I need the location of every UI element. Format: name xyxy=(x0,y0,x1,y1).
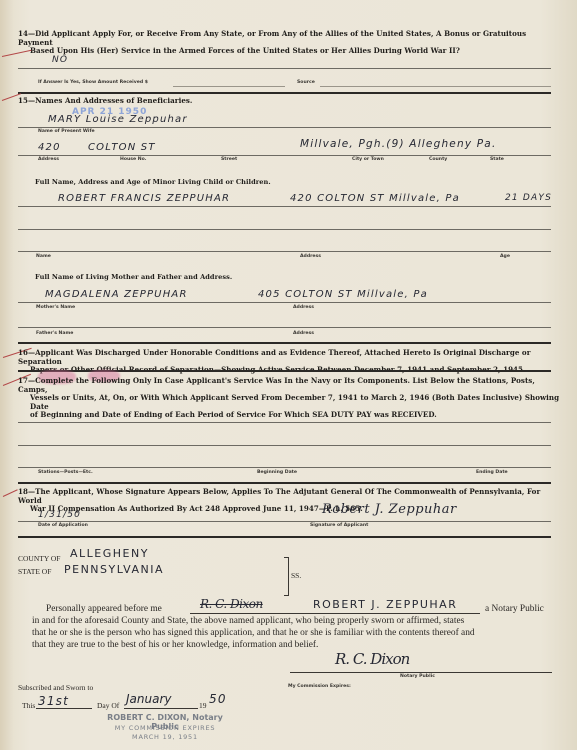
question-14: 14—Did Applicant Apply For, or Receive F… xyxy=(18,30,563,56)
county-value[interactable]: ALLEGHENY xyxy=(70,547,149,560)
day-value[interactable]: 31st xyxy=(38,694,69,708)
child-name-label: Name xyxy=(36,254,51,259)
q14-answer[interactable]: NO xyxy=(52,55,68,65)
notary-public-line xyxy=(290,672,552,673)
date-of-application-label: Date of Application xyxy=(38,523,88,528)
ending-date-column-label: Ending Date xyxy=(476,470,508,475)
father-line xyxy=(18,327,551,328)
mother-name[interactable]: MAGDALENA ZEPPUHAR xyxy=(45,289,188,300)
house-no-label: House No. xyxy=(120,157,146,162)
q17-line1: 17—Complete the Following Only In Case A… xyxy=(18,376,535,394)
state-label: State xyxy=(490,157,504,162)
father-name-label: Father's Name xyxy=(36,331,73,336)
mother-line xyxy=(18,302,551,303)
source-label: Source xyxy=(297,80,315,85)
this-label: This xyxy=(22,700,35,712)
section-divider xyxy=(18,92,551,94)
wife-name[interactable]: MARY Louise Zeppuhar xyxy=(48,114,188,125)
address-label: Address xyxy=(38,157,59,162)
day-of-label: Day Of xyxy=(97,700,119,712)
month-line xyxy=(124,708,198,709)
county-label: COUNTY OF xyxy=(18,553,60,565)
q18-line2: War II Compensation As Authorized By Act… xyxy=(18,505,563,514)
beginning-date-column-label: Beginning Date xyxy=(257,470,297,475)
application-form-page: 14—Did Applicant Apply For, or Receive F… xyxy=(0,0,577,750)
city-label: City or Town xyxy=(352,157,384,162)
child-age-label: Age xyxy=(500,254,510,259)
commission-expires-label: My Commission Expires: xyxy=(288,684,351,689)
state-of-label: STATE OF xyxy=(18,566,51,578)
notary-body-line3: that they are true to the best of his or… xyxy=(32,640,318,652)
amount-received-label: If Answer Is Yes, Show Amount Received $ xyxy=(38,80,148,85)
child-line-3 xyxy=(18,251,551,252)
wife-city-county-state[interactable]: Millvale, Pgh.(9) Allegheny Pa. xyxy=(300,138,496,150)
notary-stamp-line3: MARCH 19, 1951 xyxy=(95,733,235,741)
q16-line1: 16—Applicant Was Discharged Under Honora… xyxy=(18,348,530,366)
notary-signature[interactable]: R. C. Dixon xyxy=(200,597,263,611)
q17-line2: Vessels or Units, At, On, or With Which … xyxy=(18,394,563,411)
section-divider xyxy=(18,482,551,484)
q14-answer-line xyxy=(18,68,551,69)
date-signature-line xyxy=(18,521,551,522)
section-divider xyxy=(18,342,551,344)
applicant-signature[interactable]: Robert J. Zeppuhar xyxy=(322,502,457,517)
wife-house-no[interactable]: 420 xyxy=(38,142,61,153)
question-18: 18—The Applicant, Whose Signature Appear… xyxy=(18,488,563,514)
child-name[interactable]: ROBERT FRANCIS ZEPPUHAR xyxy=(58,193,230,204)
bracket xyxy=(284,557,289,596)
service-row-3[interactable] xyxy=(18,467,551,468)
notary-name-line xyxy=(190,613,480,614)
service-row-1[interactable] xyxy=(18,422,551,423)
q14-line2: Based Upon His (Her) Service in the Arme… xyxy=(18,47,563,56)
q15-heading: 15—Names And Addresses of Beneficiaries. xyxy=(18,97,192,106)
mother-name-label: Mother's Name xyxy=(36,305,75,310)
child-address-label: Address xyxy=(300,254,321,259)
section-divider xyxy=(18,536,551,538)
service-row-2[interactable] xyxy=(18,445,551,446)
notary-public-signature[interactable]: R. C. Dixon xyxy=(335,650,409,668)
month-value[interactable]: January xyxy=(126,692,172,706)
mother-address[interactable]: 405 COLTON ST Millvale, Pa xyxy=(258,289,428,300)
application-date[interactable]: 1/31/50 xyxy=(38,510,81,520)
child-line-2 xyxy=(18,229,551,230)
notary-body-line2: that he or she is the person who has sig… xyxy=(32,628,475,640)
red-check-mark xyxy=(3,489,18,497)
mother-address-label: Address xyxy=(293,305,314,310)
child-line-1 xyxy=(18,206,551,207)
wife-name-line xyxy=(18,127,551,128)
commission-expires-field[interactable] xyxy=(350,690,410,691)
ss-label: SS. xyxy=(291,570,301,582)
year-value[interactable]: 50 xyxy=(209,692,227,706)
state-value[interactable]: PENNSYLVANIA xyxy=(64,563,164,576)
appeared-suffix: a Notary Public xyxy=(485,604,544,616)
amount-received-field[interactable] xyxy=(173,86,285,87)
notary-public-label: Notary Public xyxy=(400,674,435,679)
address-line xyxy=(18,155,551,156)
appeared-prefix: Personally appeared before me xyxy=(46,604,162,616)
notary-body-line1: in and for the aforesaid County and Stat… xyxy=(32,616,464,628)
father-address-label: Address xyxy=(293,331,314,336)
applicant-printed-name[interactable]: ROBERT J. ZEPPUHAR xyxy=(313,598,457,611)
signature-of-applicant-label: Signature of Applicant xyxy=(310,523,368,528)
parents-heading: Full Name of Living Mother and Father an… xyxy=(35,273,232,282)
year-prefix: 19 xyxy=(199,700,207,712)
county-label: County xyxy=(429,157,447,162)
source-field[interactable] xyxy=(320,86,551,87)
q17-line3: of Beginning and Date of Ending of Each … xyxy=(18,411,563,420)
children-heading: Full Name, Address and Age of Minor Livi… xyxy=(35,178,271,187)
q18-line1: 18—The Applicant, Whose Signature Appear… xyxy=(18,487,540,505)
day-line xyxy=(36,708,92,709)
wife-street[interactable]: COLTON ST xyxy=(88,142,156,153)
stations-column-label: Stations—Posts—Etc. xyxy=(38,470,93,475)
q14-line1: 14—Did Applicant Apply For, or Receive F… xyxy=(18,29,526,47)
child-address[interactable]: 420 COLTON ST Millvale, Pa xyxy=(290,193,460,204)
notary-stamp-line2: MY COMMISSION EXPIRES xyxy=(95,724,235,732)
wife-name-label: Name of Present Wife xyxy=(38,129,95,134)
question-17: 17—Complete the Following Only In Case A… xyxy=(18,377,563,420)
subscribed-label: Subscribed and Sworn to xyxy=(18,682,93,694)
street-label: Street xyxy=(221,157,237,162)
child-age[interactable]: 21 DAYS xyxy=(505,193,552,203)
